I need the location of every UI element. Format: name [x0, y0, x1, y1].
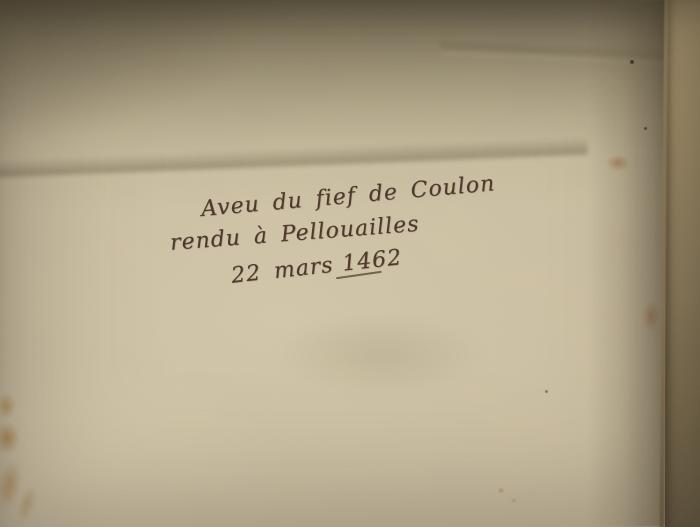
stain-top-right-2: [684, 84, 700, 118]
inscription-date-prefix: 22 mars: [230, 253, 335, 289]
stain-rust-near-fold-1: [602, 152, 634, 174]
manuscript-photo: Aveu du fief de Coulon rendu à Pellouail…: [0, 0, 700, 527]
freckle-spot-2: [510, 497, 518, 504]
inscription-line-3: 22 mars1462: [229, 227, 533, 292]
parchment-grain-texture: [0, 0, 700, 527]
parchment-page: [0, 0, 700, 527]
crease-line-top-right: [440, 39, 676, 68]
shadow-smudge: [240, 300, 520, 410]
dark-speck-1: [630, 60, 634, 64]
stain-left-edge-1: [0, 388, 20, 424]
photo-vignette: [0, 0, 700, 527]
inscription-line-2: rendu à Pellouailles: [169, 199, 530, 260]
dark-speck-3: [545, 390, 548, 393]
stain-left-edge-3: [0, 450, 30, 520]
crease-line-main: [0, 136, 588, 187]
stain-rust-near-fold-2: [640, 296, 662, 336]
stain-left-edge-2: [0, 416, 24, 460]
inscription-line-1: Aveu du fief de Coulon: [200, 165, 528, 226]
ink-underline-stroke: [336, 271, 382, 280]
page-fold-shadow: [588, 0, 666, 527]
fold-ridge-line: [660, 0, 669, 527]
stain-left-edge-4: [9, 476, 46, 527]
dark-speck-2: [644, 127, 647, 130]
page-edge-strip: [665, 0, 700, 527]
inscription-date-year: 1462: [341, 245, 403, 276]
stain-top-right-1: [672, 20, 698, 44]
handwritten-inscription: Aveu du fief de Coulon rendu à Pellouail…: [166, 165, 533, 295]
freckle-spot-1: [496, 486, 506, 495]
